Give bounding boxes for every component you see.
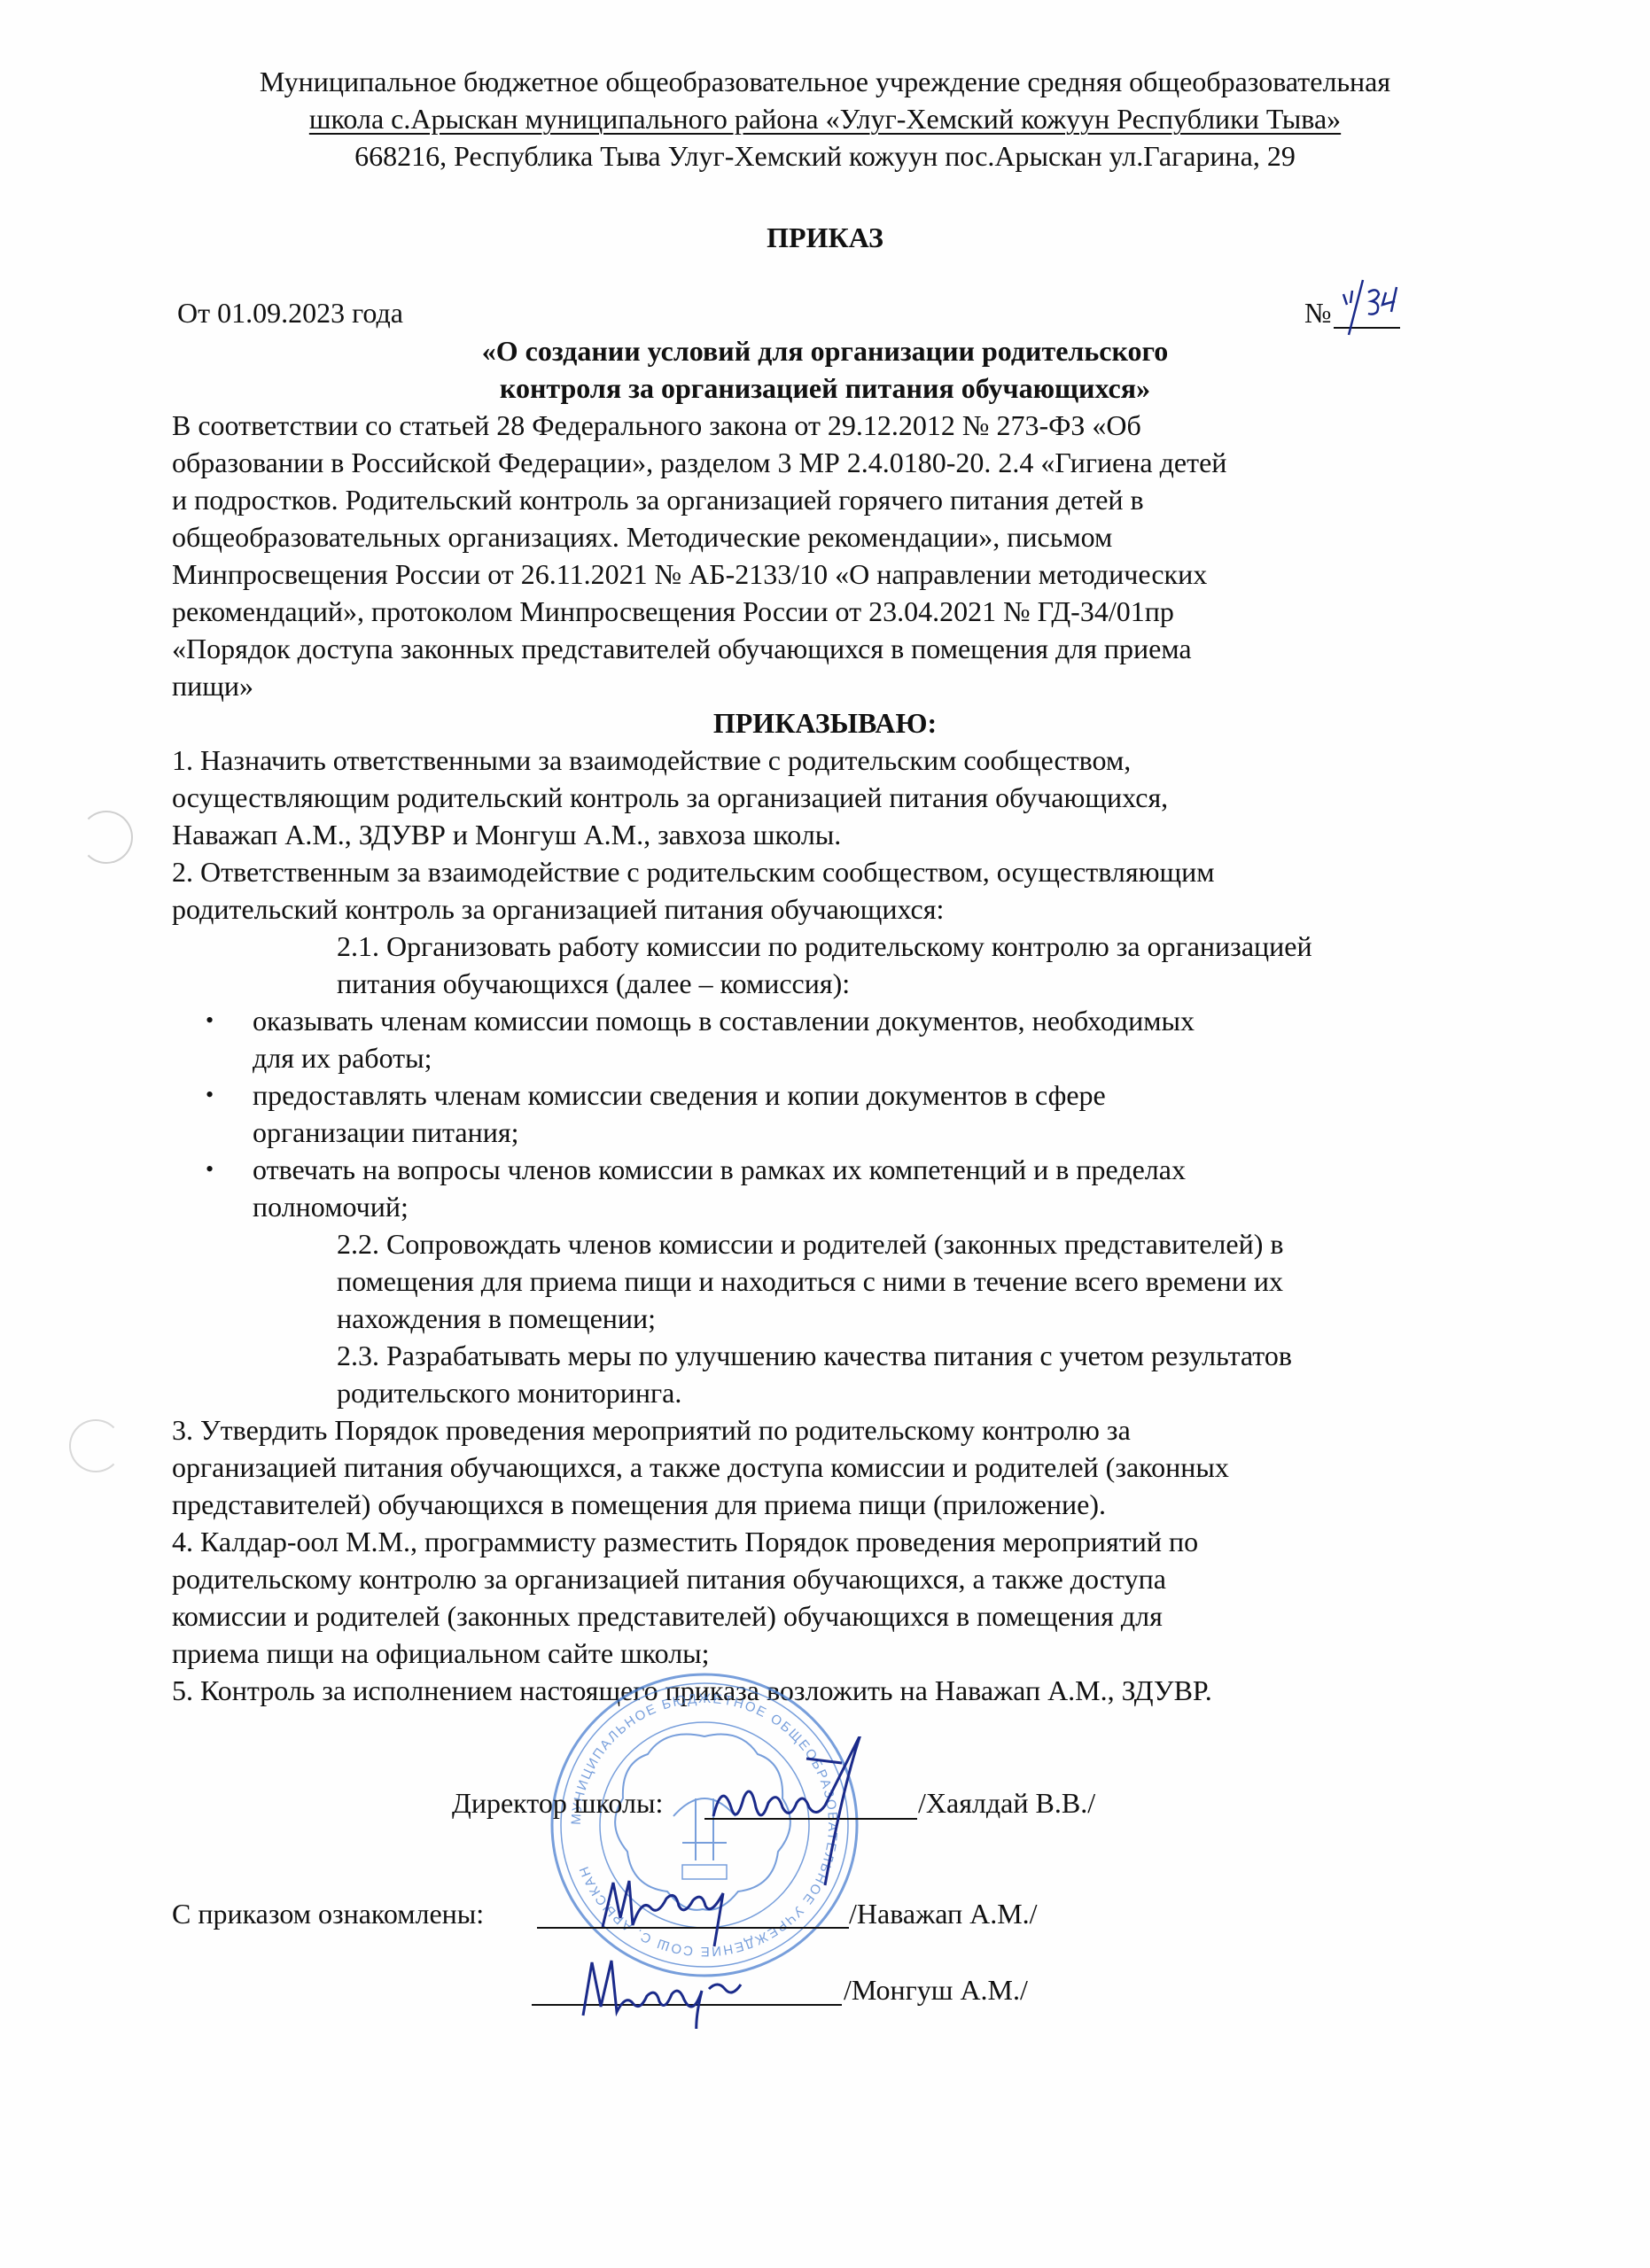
bullet-item-line: оказывать членам комиссии помощь в соста… [253,1003,1195,1038]
bullet-marker: • [206,1077,214,1113]
item-line: родительский контроль за организацией пи… [172,891,944,927]
acknowledged-label: С приказом ознакомлены: [172,1896,484,1931]
item-line: 4. Калдар-оол М.М., программисту размест… [172,1524,1198,1559]
bullet-item-line: предоставлять членам комиссии сведения и… [253,1077,1106,1113]
document-type-title: ПРИКАЗ [0,220,1650,255]
preamble-line: пищи» [172,668,253,703]
order-subject-line2: контроля за организацией питания обучающ… [0,370,1650,406]
mongush-signature [576,1949,753,2029]
item-line: комиссии и родителей (законных представи… [172,1598,1163,1634]
bullet-item-line: организации питания; [253,1115,518,1150]
item-line: Наважап А.М., ЗДУВР и Монгуш А.М., завхо… [172,817,841,852]
ack-name-mongush: /Монгуш А.М./ [844,1972,1028,2008]
preamble-line: Минпросвещения России от 26.11.2021 № АБ… [172,556,1207,592]
item-line: родительскому контролю за организацией п… [172,1561,1166,1596]
header-school-name: школа с.Арыскан муниципального района «У… [309,103,1341,135]
item-line: 1. Назначить ответственными за взаимодей… [172,742,1131,778]
navazhap-signature [594,1865,753,1962]
ack-name-navazhap: /Наважап А.М./ [849,1896,1038,1931]
item-line: представителей) обучающихся в помещения … [172,1487,1106,1522]
header-address: 668216, Республика Тыва Улуг-Хемский кож… [0,138,1650,174]
bullet-marker: • [206,1152,214,1187]
preamble-line: образовании в Российской Федерации», раз… [172,445,1226,480]
preamble-line: и подростков. Родительский контроль за о… [172,482,1144,517]
item-line: родительского мониторинга. [337,1375,681,1410]
hole-punch-mark-bottom [69,1419,122,1472]
header-org-name: Муниципальное бюджетное общеобразователь… [0,64,1650,99]
preamble-line: В соответствии со статьей 28 Федеральног… [172,408,1141,443]
bullet-item-line: для их работы; [253,1040,432,1076]
scanned-document-page: Муниципальное бюджетное общеобразователь… [0,0,1650,2268]
item-line: 2.2. Сопровождать членов комиссии и роди… [337,1226,1283,1262]
order-subject-line1: «О создании условий для организации роди… [0,333,1650,369]
director-label: Директор школы: [452,1785,663,1821]
preamble-line: общеобразовательных организациях. Методи… [172,519,1112,555]
item-line: нахождения в помещении; [337,1301,656,1336]
order-number-label: № [1304,295,1332,330]
order-heading: ПРИКАЗЫВАЮ: [0,705,1650,741]
hole-punch-mark-top [80,811,133,864]
item-line: 2. Ответственным за взаимодействие с род… [172,854,1215,889]
item-line: 3. Утвердить Порядок проведения мероприя… [172,1412,1131,1448]
bullet-item-line: отвечать на вопросы членов комиссии в ра… [253,1152,1186,1187]
preamble-line: рекомендаций», протоколом Минпросвещения… [172,594,1174,629]
bullet-marker: • [206,1003,214,1038]
item-line: 2.1. Организовать работу комиссии по род… [337,928,1312,964]
preamble-line: «Порядок доступа законных представителей… [172,631,1192,666]
bullet-item-line: полномочий; [253,1189,409,1224]
order-date: От 01.09.2023 года [177,295,403,330]
item-line: осуществляющим родительский контроль за … [172,780,1168,815]
order-number-handwritten [1336,276,1407,338]
item-line: питания обучающихся (далее – комиссия): [337,966,850,1001]
item-line: помещения для приема пищи и находиться с… [337,1263,1283,1299]
item-line: 2.3. Разрабатывать меры по улучшению кач… [337,1338,1292,1373]
item-line: организацией питания обучающихся, а такж… [172,1449,1229,1485]
director-name: /Хаялдай В.В./ [918,1785,1095,1821]
